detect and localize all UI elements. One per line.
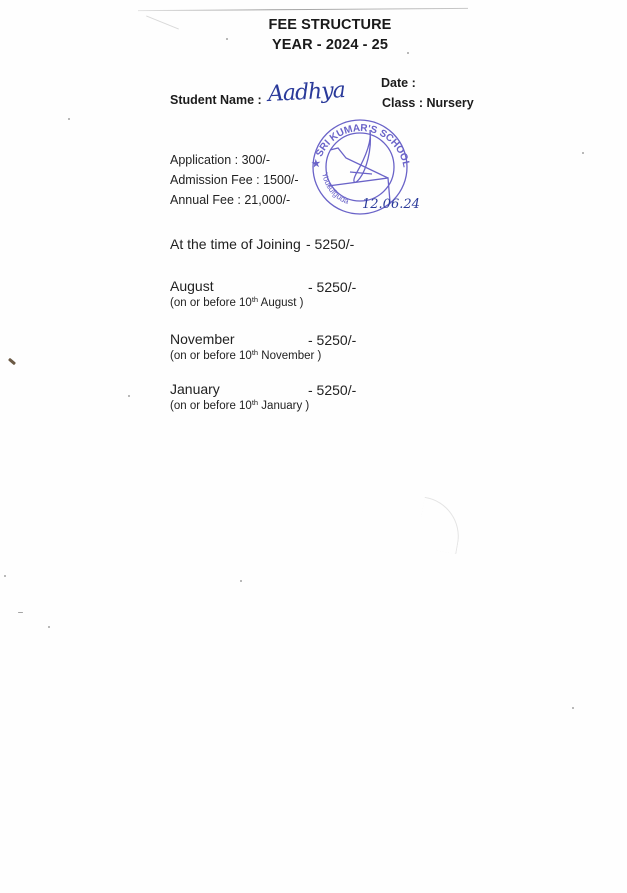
admission-fee: Admission Fee : 1500/-: [170, 173, 299, 187]
stamp-signature: [354, 130, 370, 182]
annual-fee: Annual Fee : 21,000/-: [170, 193, 290, 207]
installment-amount: - 5250/-: [308, 382, 356, 398]
scan-streak: [146, 15, 179, 29]
scan-speck: [582, 152, 584, 154]
scan-speck: [226, 38, 228, 40]
installment-amount: - 5250/-: [308, 332, 356, 348]
school-stamp: ★ SRI KUMAR'S SCHOOL Yousufguda 12.06.24…: [300, 112, 420, 217]
installment-label: August: [170, 278, 214, 294]
scan-speck: [4, 575, 6, 577]
installment-due-note: (on or before 10th November ): [170, 348, 321, 362]
student-name-handwritten: Aadhya: [267, 78, 345, 107]
installment-label: November: [170, 331, 235, 347]
application-fee: Application : 300/-: [170, 153, 270, 167]
installment-label: At the time of Joining: [170, 236, 301, 252]
stamp-location: Yousufguda: [320, 172, 351, 206]
stamp-date-handwritten: 12.06.24.: [362, 197, 420, 212]
stamp-school-name: ★ SRI KUMAR'S SCHOOL: [310, 123, 411, 169]
scan-speck: [18, 612, 23, 613]
date-label: Date :: [381, 76, 416, 90]
scan-speck: [407, 52, 409, 54]
scan-speck: [48, 626, 50, 628]
class-label: Class : Nursery: [382, 96, 474, 110]
scan-speck: [128, 395, 130, 397]
scan-speck: [572, 707, 574, 709]
scanned-page: FEE STRUCTURE YEAR - 2024 - 25 Date : St…: [0, 0, 627, 893]
document-title: FEE STRUCTURE: [260, 17, 400, 33]
scan-speck: [68, 118, 70, 120]
svg-text:Yousufguda: Yousufguda: [320, 172, 351, 206]
installment-amount: - 5250/-: [308, 279, 356, 295]
student-name-label: Student Name :: [170, 93, 262, 107]
scan-smudge: [8, 358, 16, 365]
scan-edge-line: [138, 8, 468, 11]
installment-label: January: [170, 381, 220, 397]
academic-year: YEAR - 2024 - 25: [260, 37, 400, 53]
scan-speck: [240, 580, 242, 582]
svg-text:★ SRI KUMAR'S SCHOOL: ★ SRI KUMAR'S SCHOOL: [310, 123, 411, 169]
installment-due-note: (on or before 10th January ): [170, 398, 309, 412]
installment-amount: - 5250/-: [306, 236, 354, 252]
scan-fold-mark: [416, 497, 465, 554]
installment-due-note: (on or before 10th August ): [170, 295, 304, 309]
